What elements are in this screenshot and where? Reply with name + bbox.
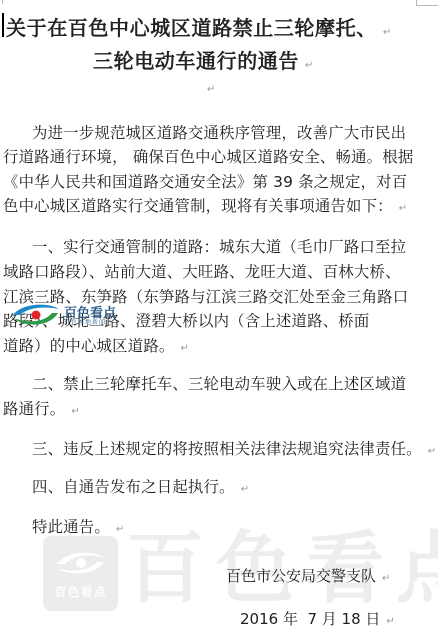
inline-brand-logo: 百色看点 百色本地新闻 bbox=[12, 302, 124, 328]
brand-subtitle: 百色本地新闻 bbox=[64, 317, 106, 326]
item1-line-2: 域路口路段）、站前大道、大旺路、龙旺大道、百林大桥、 bbox=[3, 260, 401, 282]
page-corner-mark-left bbox=[0, 0, 3, 4]
paragraph-mark-icon: ↵ bbox=[428, 446, 437, 457]
watermark-logo-label: 百色看点 bbox=[43, 583, 118, 600]
paragraph-mark-icon: ↵ bbox=[386, 616, 394, 627]
paragraph-mark-icon: ↵ bbox=[399, 203, 408, 214]
issuer-signature: 百色市公安局交警支队↵ bbox=[226, 565, 390, 586]
brand-eye-icon bbox=[12, 303, 60, 327]
document-page: 百色看点 百色看点 关于在百色中心城区道路禁止三轮摩托、↵ 三轮电动车通行的通告… bbox=[0, 0, 438, 633]
intro-line-3: 《中华人民共和国道路交通安全法》第 39 条之规定，对百 bbox=[3, 170, 407, 192]
document-title-line-2: 三轮电动车通行的通告↵ bbox=[93, 45, 314, 74]
eye-logo-icon bbox=[55, 550, 106, 576]
paragraph-mark-icon: ↵ bbox=[207, 84, 215, 95]
item1-line-5: 道路）的中心城区道路。↵ bbox=[3, 334, 189, 356]
item2-line-1: 二、禁止三轮摩托车、三轮电动车驶入或在上述区域道 bbox=[32, 372, 406, 394]
paragraph-mark-icon: ↵ bbox=[383, 27, 392, 38]
watermark-logo: 百色看点 bbox=[43, 536, 118, 611]
document-title-line-1: 关于在百色中心城区道路禁止三轮摩托、↵ bbox=[6, 12, 392, 41]
page-corner-mark-right bbox=[416, 0, 438, 6]
item1-line-1: 一、实行交通管制的道路：城东大道（毛巾厂路口至拉 bbox=[32, 235, 406, 257]
closing-line: 特此通告。↵ bbox=[32, 515, 125, 537]
item4-line: 四、自通告发布之日起执行。↵ bbox=[32, 475, 249, 497]
paragraph-mark-icon: ↵ bbox=[181, 343, 190, 354]
item3-line: 三、违反上述规定的将按照相关法律法规追究法律责任。↵ bbox=[32, 437, 436, 459]
paragraph-mark-icon: ↵ bbox=[71, 406, 80, 417]
item2-line-2: 路通行。↵ bbox=[3, 397, 80, 419]
signature-date: 2016 年 7 月 18 日↵ bbox=[240, 608, 395, 629]
intro-line-4: 色中心城区道路实行交通管制，现将有关事项通告如下：↵ bbox=[3, 194, 407, 216]
paragraph-mark-icon: ↵ bbox=[382, 573, 390, 584]
text-cursor bbox=[2, 13, 4, 37]
paragraph-mark-icon: ↵ bbox=[305, 60, 314, 71]
intro-line-2: 行道路通行环境， 确保百色中心城区道路安全、畅通。根据 bbox=[3, 145, 413, 167]
paragraph-mark-icon: ↵ bbox=[116, 524, 125, 535]
intro-line-1: 为进一步规范城区道路交通秩序管理，改善广大市民出 bbox=[32, 121, 406, 143]
paragraph-mark-icon: ↵ bbox=[241, 484, 250, 495]
